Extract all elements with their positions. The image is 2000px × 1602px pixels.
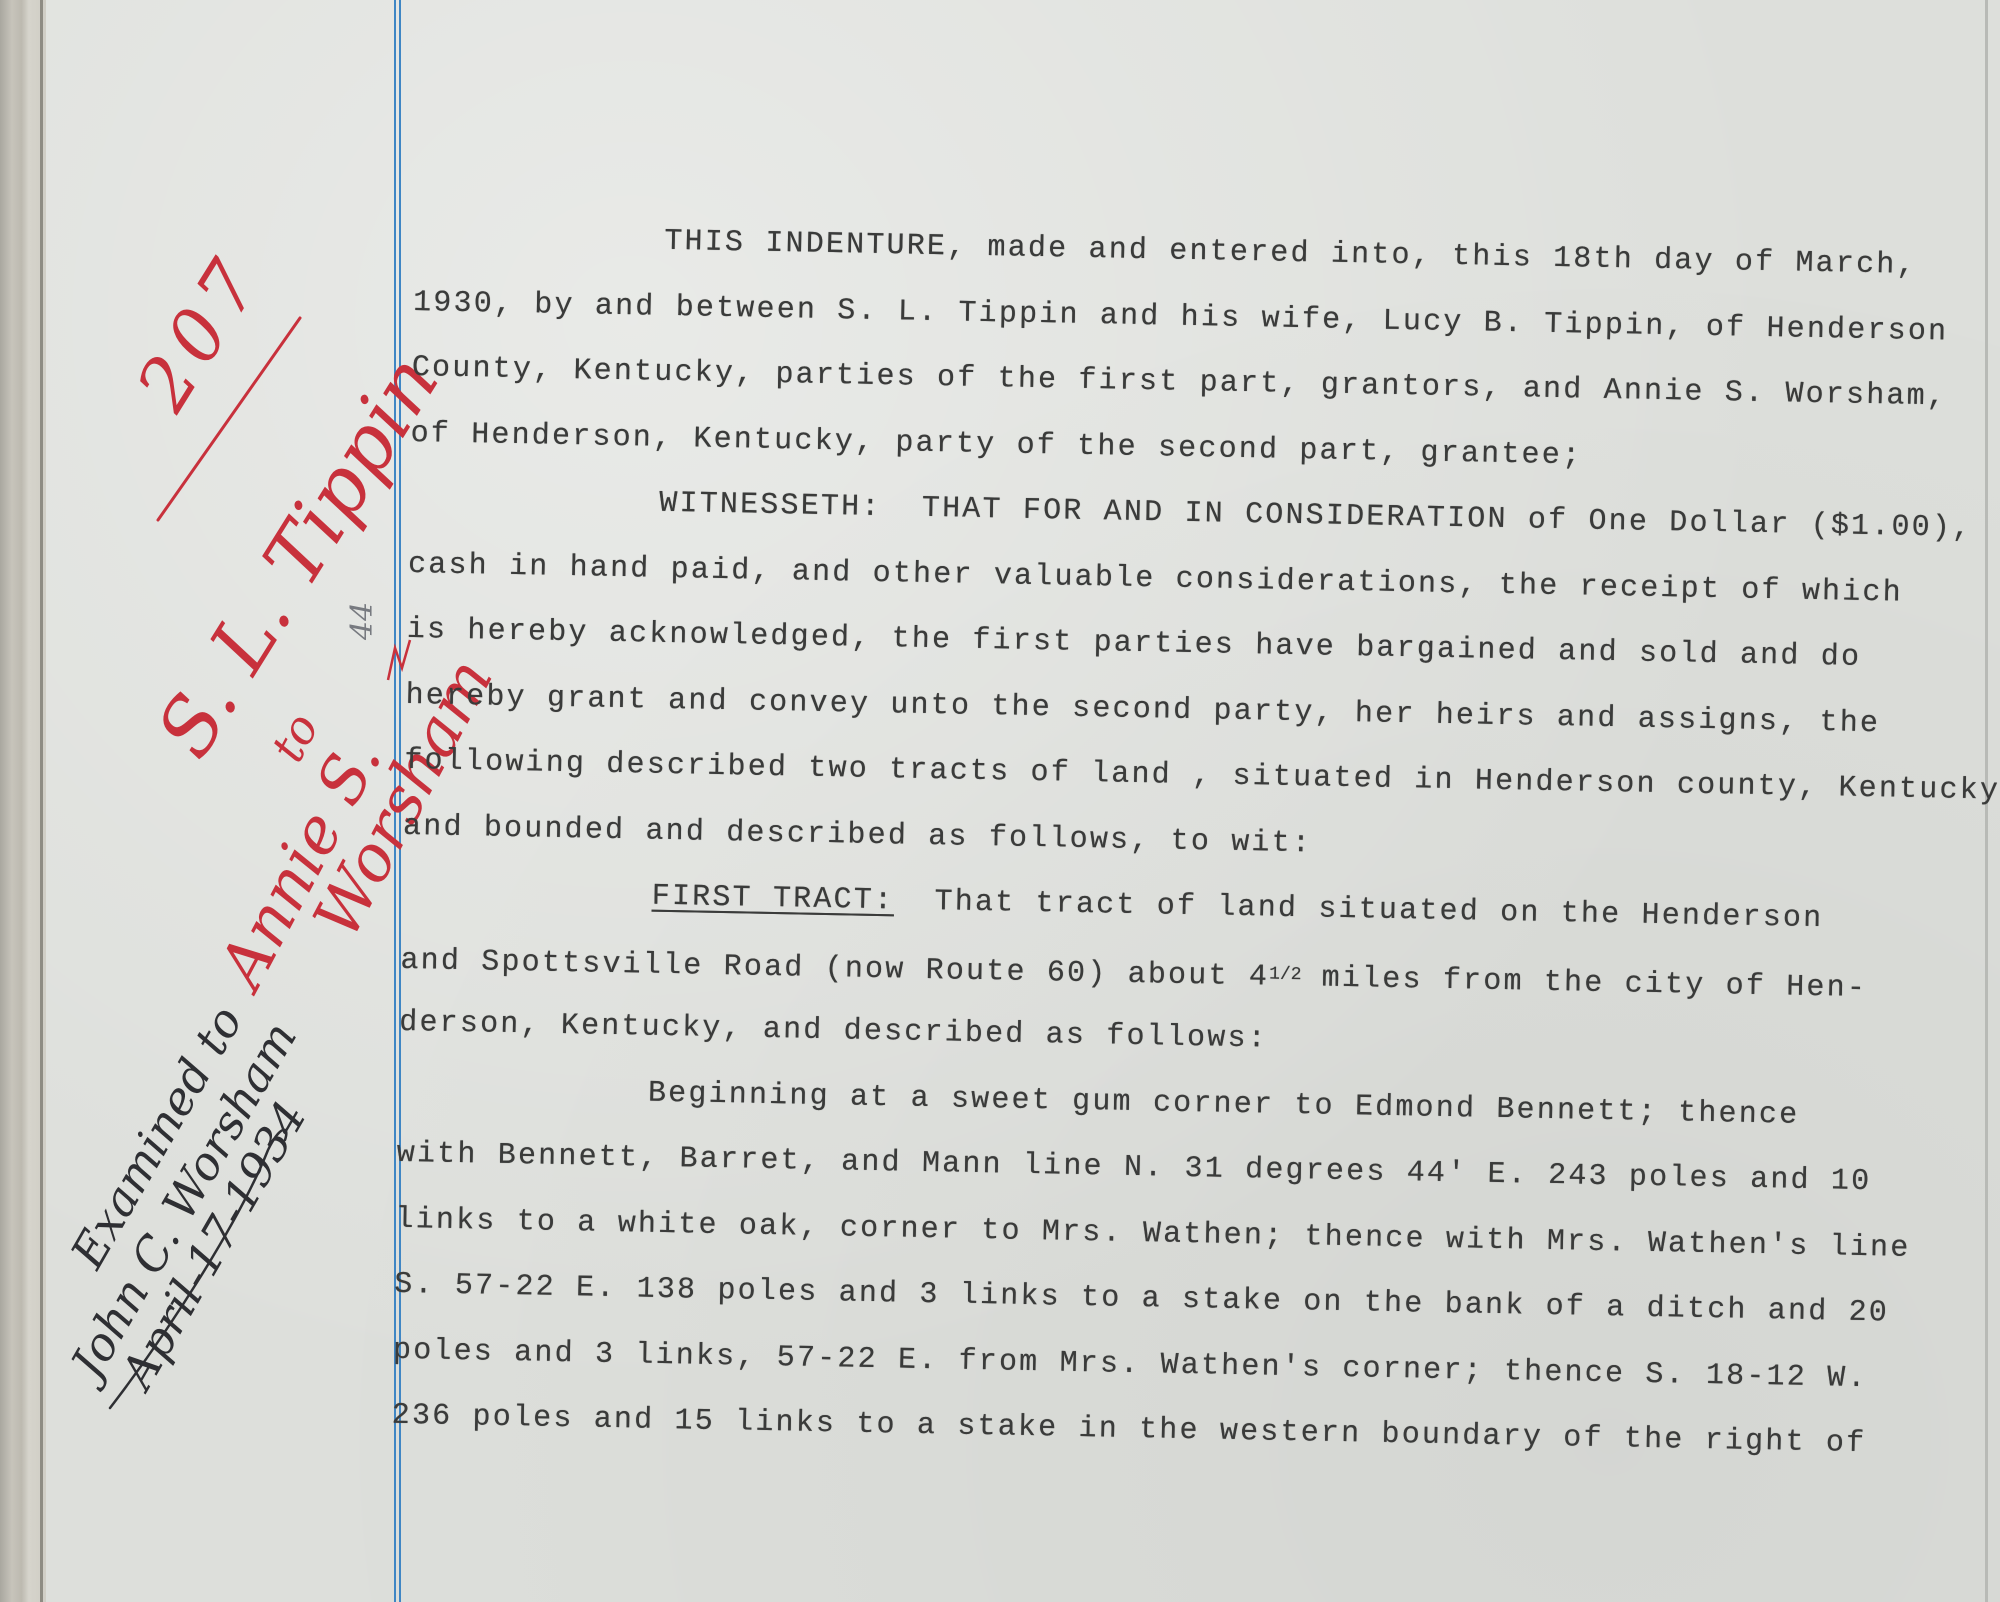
deed-line-text: WITNESSETH: THAT FOR AND IN CONSIDERATIO…	[659, 487, 1973, 546]
deed-line-text: and bounded and described as follows, to…	[403, 809, 1313, 860]
deed-line-text: of Henderson, Kentucky, party of the sec…	[410, 416, 1582, 472]
deed-line-text: THIS INDENTURE, made and entered into, t…	[664, 225, 1917, 283]
deed-line-text: hereby grant and convey unto the second …	[405, 678, 1880, 740]
deed-line-text: poles and 3 links, 57-22 E. from Mrs. Wa…	[393, 1333, 1868, 1395]
deed-line-text: Beginning at a sweet gum corner to Edmon…	[648, 1076, 1800, 1132]
deed-line-text: links to a white oak, corner to Mrs. Wat…	[395, 1202, 1911, 1265]
fraction: 1/2	[1269, 964, 1302, 985]
deed-line-text: S. 57-22 E. 138 poles and 3 links to a s…	[394, 1268, 1889, 1331]
pencil-note: 44	[345, 602, 380, 640]
deed-line-text: is hereby acknowledged, the first partie…	[407, 613, 1862, 675]
deed-line-text: cash in hand paid, and other valuable co…	[408, 547, 1903, 610]
deed-line-text: with Bennett, Barret, and Mann line N. 3…	[396, 1137, 1871, 1199]
tract-heading: FIRST TRACT:	[651, 880, 894, 919]
deed-line-text: County, Kentucky, parties of the first p…	[412, 351, 1948, 414]
binding-edge	[40, 0, 43, 1602]
deed-line-text: and Spottsville Road (now Route 60) abou…	[400, 943, 1269, 994]
deed-body: THIS INDENTURE, made and entered into, t…	[391, 205, 1975, 1479]
deed-line-text: 236 poles and 15 links to a stake in the…	[391, 1399, 1866, 1461]
deed-line-text: That tract of land situated on the Hende…	[934, 885, 1823, 936]
deed-line-text: derson, Kentucky, and described as follo…	[399, 1006, 1268, 1057]
